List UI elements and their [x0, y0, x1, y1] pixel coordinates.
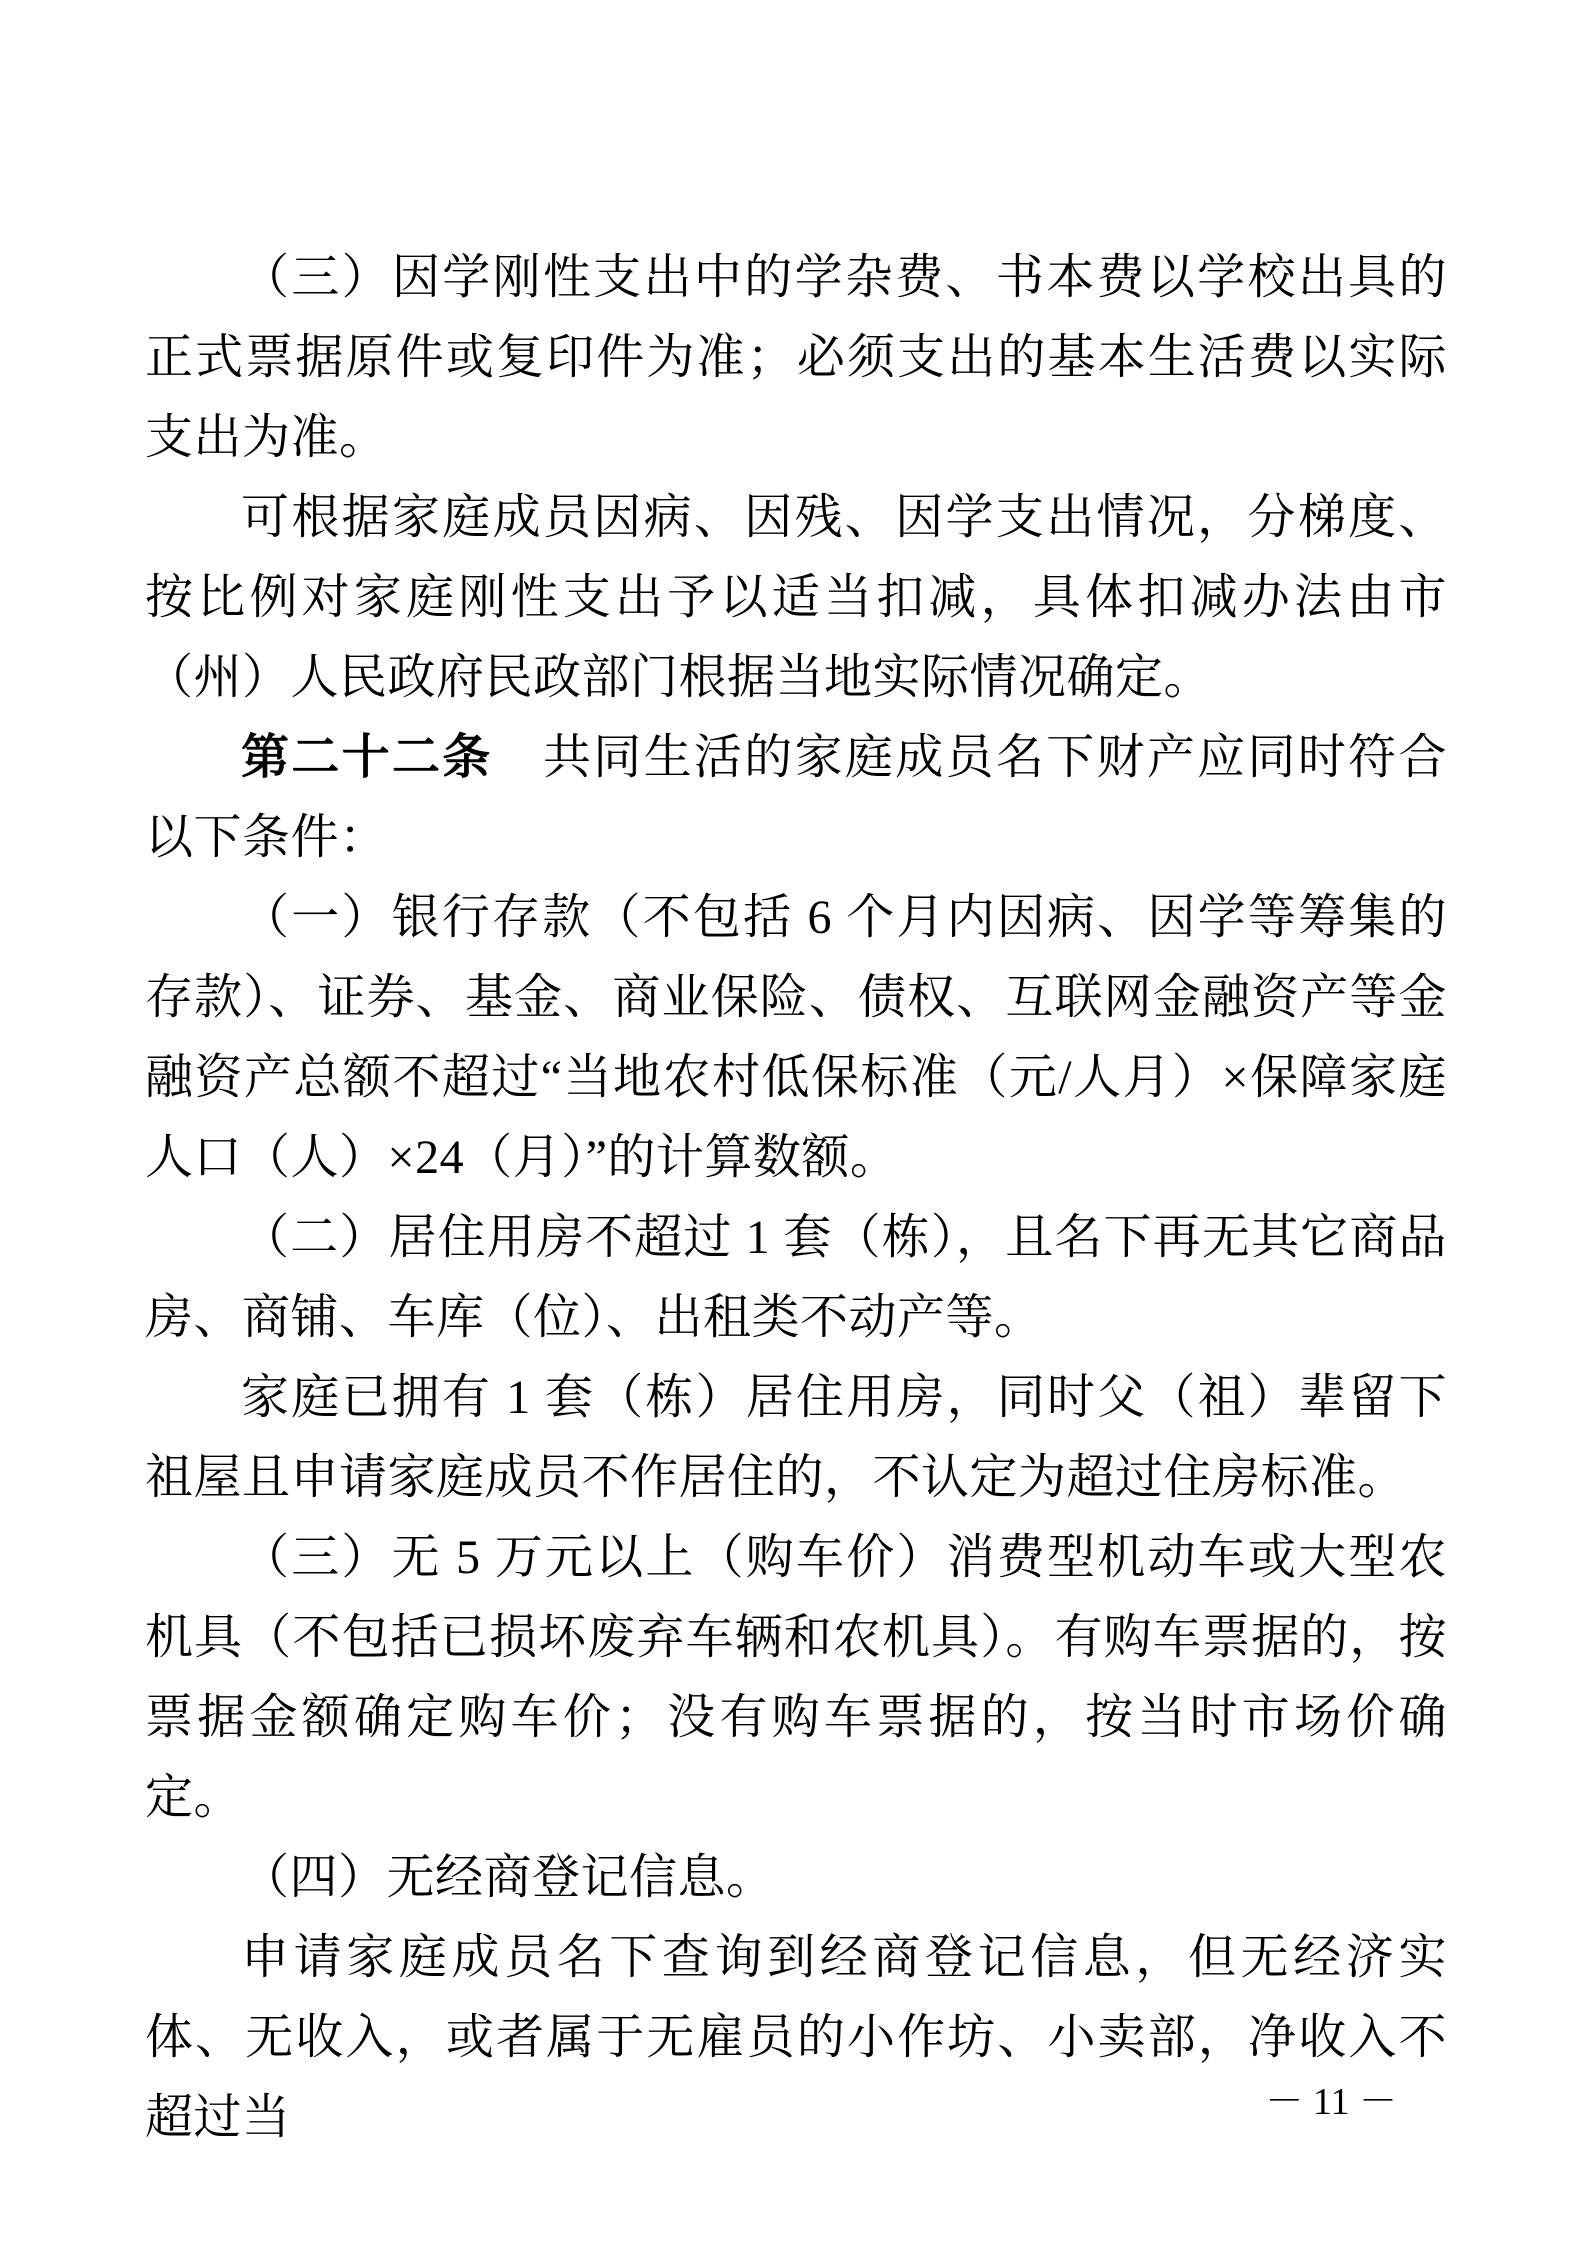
paragraph-text: （一）银行存款（不包括 6 个月内因病、因学等筹集的存款）、证券、基金、商业保险…	[145, 891, 1447, 1184]
paragraph: （四）无经商登记信息。	[145, 1838, 1447, 1918]
paragraph-text: 申请家庭成员名下查询到经商登记信息，但无经济实体、无收入，或者属于无雇员的小作坊…	[145, 1931, 1447, 2144]
paragraph: （三）无 5 万元以上（购车价）消费型机动车或大型农机具（不包括已损坏废弃车辆和…	[145, 1518, 1447, 1838]
paragraph: （二）居住用房不超过 1 套（栋），且名下再无其它商品房、商铺、车库（位）、出租…	[145, 1198, 1447, 1358]
paragraph-text: （三）无 5 万元以上（购车价）消费型机动车或大型农机具（不包括已损坏废弃车辆和…	[145, 1531, 1447, 1824]
paragraph-article-heading: 第二十二条 共同生活的家庭成员名下财产应同时符合以下条件：	[145, 718, 1447, 878]
paragraph: （三）因学刚性支出中的学杂费、书本费以学校出具的正式票据原件或复印件为准；必须支…	[145, 238, 1447, 478]
paragraph-text: 家庭已拥有 1 套（栋）居住用房，同时父（祖）辈留下祖屋且申请家庭成员不作居住的…	[145, 1371, 1447, 1504]
paragraph: （一）银行存款（不包括 6 个月内因病、因学等筹集的存款）、证券、基金、商业保险…	[145, 878, 1447, 1198]
paragraph: 申请家庭成员名下查询到经商登记信息，但无经济实体、无收入，或者属于无雇员的小作坊…	[145, 1918, 1447, 2158]
document-page: （三）因学刚性支出中的学杂费、书本费以学校出具的正式票据原件或复印件为准；必须支…	[0, 0, 1587, 2245]
article-number-bold: 第二十二条	[241, 731, 493, 784]
paragraph: 可根据家庭成员因病、因残、因学支出情况，分梯度、按比例对家庭刚性支出予以适当扣减…	[145, 478, 1447, 718]
paragraph-text: （二）居住用房不超过 1 套（栋），且名下再无其它商品房、商铺、车库（位）、出租…	[145, 1211, 1447, 1344]
paragraph-text: （四）无经商登记信息。	[241, 1851, 775, 1904]
page-number: － 11 －	[1265, 2078, 1397, 2126]
document-body: （三）因学刚性支出中的学杂费、书本费以学校出具的正式票据原件或复印件为准；必须支…	[145, 238, 1447, 2158]
paragraph-text: （三）因学刚性支出中的学杂费、书本费以学校出具的正式票据原件或复印件为准；必须支…	[145, 251, 1447, 464]
paragraph: 家庭已拥有 1 套（栋）居住用房，同时父（祖）辈留下祖屋且申请家庭成员不作居住的…	[145, 1358, 1447, 1518]
paragraph-text: 可根据家庭成员因病、因残、因学支出情况，分梯度、按比例对家庭刚性支出予以适当扣减…	[145, 491, 1447, 704]
